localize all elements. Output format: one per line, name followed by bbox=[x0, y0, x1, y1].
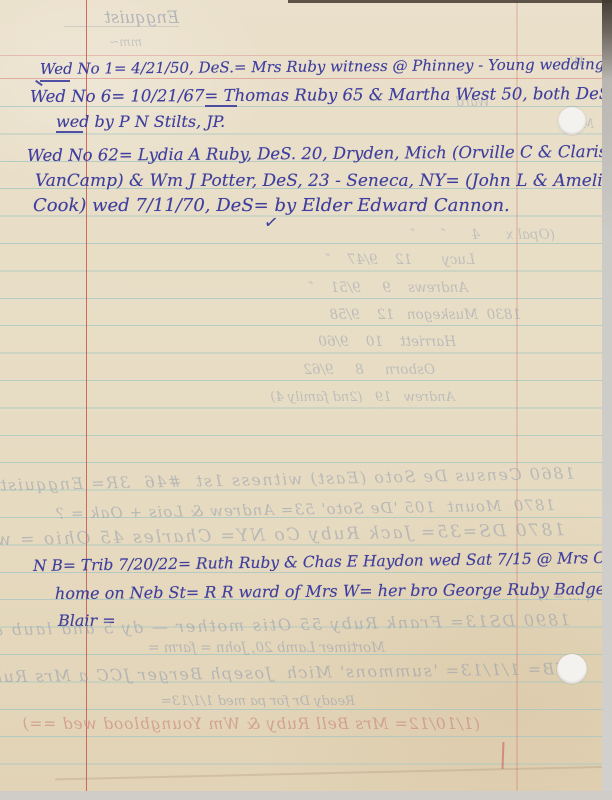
ink-underline-wed-no-1 bbox=[40, 80, 70, 82]
handwriting-line-2: Wed No 6= 10/21/67= Thomas Ruby 65 & Mar… bbox=[30, 84, 612, 106]
handwriting-line-5: VanCamp) & Wm J Potter, DeS, 23 - Seneca… bbox=[35, 172, 612, 191]
ghost-word-engquist: Engquist bbox=[64, 9, 179, 27]
ghost-census-row: Andrews 9 9/51 ″ bbox=[283, 280, 468, 297]
scan-edge-bottom bbox=[0, 791, 612, 800]
ghost-note-line: Mortimer Lamb 20, John = farm = bbox=[185, 640, 385, 657]
ghost-census-row: 1830 Muskegon 12 9/58 bbox=[296, 307, 521, 324]
ink-check-mark: ✓ bbox=[263, 212, 280, 234]
handwriting-line-1: Wed No 1= 4/21/50, DeS.= Mrs Ruby witnes… bbox=[40, 55, 610, 79]
ghost-census-row: Harriett 10 9/60 bbox=[308, 334, 456, 351]
ghost-census-row: Lucy 12 9/47 ″ bbox=[280, 252, 475, 269]
ghost-scribble: mm~ bbox=[90, 34, 142, 51]
hole-punch-bottom bbox=[557, 654, 587, 684]
scan-edge-right bbox=[602, 0, 612, 800]
ghost-note-fragment: ( ... = ?) bbox=[480, 588, 590, 605]
ghost-census-row: Osborn 8 9/62 bbox=[298, 362, 435, 379]
ghost-note-line-red: (1/10/12= Mrs Bell Ruby & Wm Youngblood … bbox=[85, 716, 480, 733]
ghost-note-line: Ready Dr for pa med 1/1/13= bbox=[190, 693, 355, 710]
scanned-notebook-page: Engquist mm~ W~ Ward Mar Wed No 1= 4/21/… bbox=[0, 0, 612, 800]
ghost-census-row: Andrew 19 (2nd family 4) bbox=[275, 389, 455, 406]
handwriting-line-4: Wed No 62= Lydia A Ruby, DeS. 20, Dryden… bbox=[27, 142, 612, 165]
hole-punch-top bbox=[558, 107, 586, 135]
paper-sheet: Engquist mm~ W~ Ward Mar Wed No 1= 4/21/… bbox=[0, 0, 603, 791]
ink-underline-ruby bbox=[205, 105, 237, 107]
scan-edge-top bbox=[288, 0, 612, 3]
handwriting-line-3: wed by P N Stilts, JP. bbox=[56, 112, 225, 131]
ink-underline-wed-by bbox=[56, 131, 83, 133]
ghost-census-row: (Opal x 4 ″ ″ bbox=[290, 227, 555, 244]
